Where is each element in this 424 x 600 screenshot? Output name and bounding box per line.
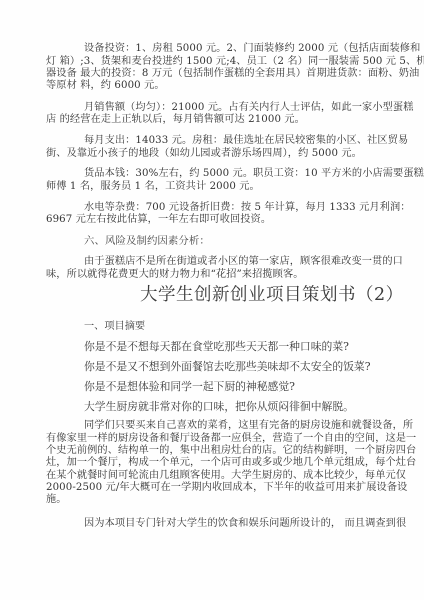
paragraph-investment-line-2: 灯 箱）;3、货架和麦台投进约 1500 元;4、员工（2 名）同一服装需 50… — [46, 56, 378, 68]
paragraph-utilities-line-1: 水电等杂费：700 元设备折旧费：按 5 年计算，每月 1333 元月利润： — [84, 202, 364, 214]
question-2: 你是不是又不想到外面餐馆去吃那些美味却不太安全的饭菜? — [84, 360, 371, 373]
paragraph-expense-line-2: 街、及靠近小孩子的地段（如幼儿园或者游乐场四周），约 5000 元。 — [46, 148, 378, 160]
section-heading-risk: 六、风险及制约因素分析： — [84, 235, 378, 247]
document-title: 大学生创新创业项目策划书（2） — [140, 284, 340, 306]
kitchen-intro: 大学生厨房就非常对你的口味，把你从烦闷徘徊中解脱。 — [84, 400, 354, 413]
paragraph-investment-line-1: 设备投资：1、房租 5000 元。2、门面装修约 2000 元（包括店面装修和 — [84, 43, 378, 55]
paragraph-kitchen-line-1: 同学们只要买来自己喜欢的菜肴，这里有完备的厨房设施和就餐设备，所 — [84, 420, 378, 432]
paragraph-cost-line-1: 货品本钱：30%左右，约 5000 元。职员工资：10 平方米的小店需要蛋糕 — [84, 168, 378, 180]
paragraph-kitchen-line-7: 施。 — [46, 494, 378, 506]
paragraph-kitchen-line-4: 灶，加一个餐厅，构成一个单元，一个店可由或多或少地几个单元组成，每个灶台 — [46, 457, 378, 469]
question-3: 你是不是想体验和同学一起下厨的神秘感觉? — [84, 380, 295, 393]
paragraph-kitchen-line-2: 有像家里一样的厨房设备和餐厅设备都一应俱全，营造了一个自由的空间，这是一 — [46, 433, 378, 445]
paragraph-kitchen-line-6: 2000-2500 元/年大概可在一学期内收回成本，下半年的收益可用来扩展设备设 — [46, 482, 368, 494]
paragraph-expense-line-1: 每月支出：14033 元。房租：最佳选址在居民较密集的小区、社区贸易 — [84, 135, 362, 147]
paragraph-utilities-line-2: 6967 元左右按此估算，一年左右即可收回投资。 — [46, 214, 378, 226]
paragraph-kitchen-line-3: 个史无前例的、结构单一的，集中出租房灶台的店。它的结构鲜明，一个厨房四台 — [46, 445, 378, 457]
document-page: 设备投资：1、房租 5000 元。2、门面装修约 2000 元（包括店面装修和 … — [0, 0, 424, 600]
paragraph-cost-line-2: 师傅 1 名，服务员 1 名，工资共计 2000 元。 — [46, 181, 378, 193]
paragraph-sales-line-2: 店 的经营在走上正轨以后，每月销售额可达 21000 元。 — [46, 114, 378, 126]
paragraph-risk-line-2: 味，所以就得花费更大的财力物力和“花招”来招揽顾客。 — [46, 269, 378, 281]
paragraph-sales-line-1: 月销售额（均匀）：21000 元。占有关内行人士评估，如此一家小型蛋糕 — [84, 102, 378, 114]
paragraph-investment-line-3: 器设备 最大的投资：8 万元（包括制作蛋糕的全套用具）首期进货款：面粉、奶油 — [46, 68, 378, 80]
paragraph-reason-line-1: 因为本项目专门针对大学生的饮食和娱乐问题所设计的， 而且调查到很 — [84, 518, 370, 530]
paragraph-investment-line-4: 等原材 料，约 6000 元。 — [46, 80, 378, 92]
paragraph-risk-line-1: 由于蛋糕店不是所在街道或者小区的第一家店，顾客很难改变一贯的口 — [84, 256, 378, 268]
paragraph-kitchen-line-5: 在某个就餐时间可轮流由几组顾客使用。大学生厨房的、成本比较少，每单元仅 — [46, 470, 364, 482]
section-heading-summary: 一、项目摘要 — [84, 320, 145, 333]
question-1: 你是不是不想每天都在食堂吃那些天天都一种口味的菜? — [84, 340, 349, 353]
